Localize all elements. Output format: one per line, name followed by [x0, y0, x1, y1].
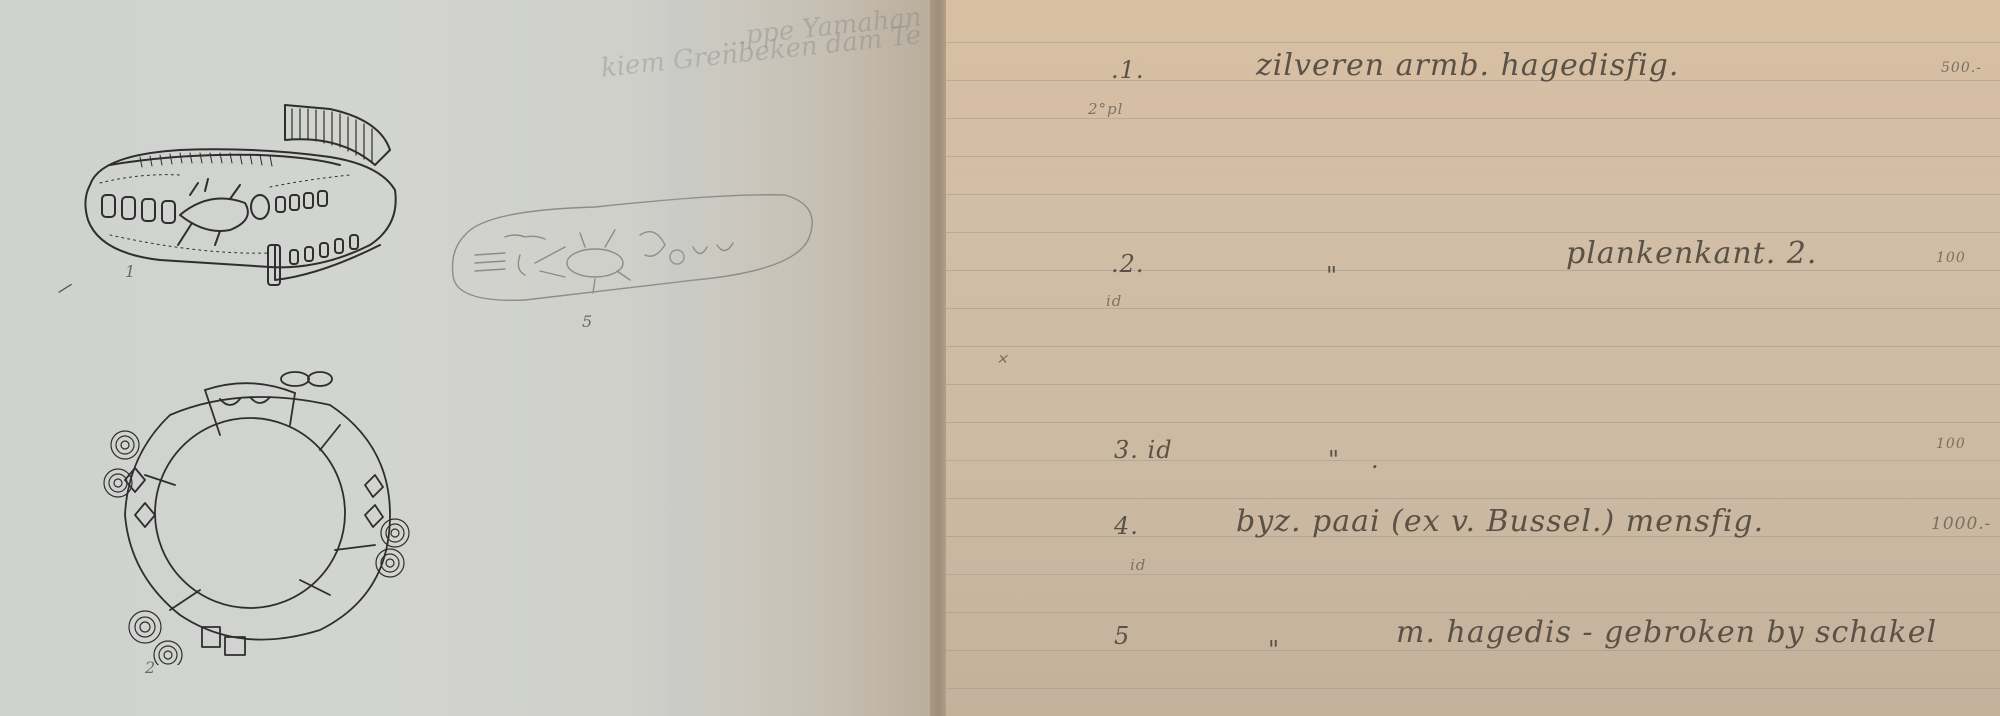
- entry-ditto-mark: ": [1326, 262, 1338, 290]
- ruled-line: [946, 118, 2000, 119]
- ruled-line: [946, 460, 2000, 461]
- entry-price: 1000.-: [1931, 514, 1991, 534]
- entry-price: 500.-: [1941, 60, 1982, 76]
- bracelet-sketch-5: [445, 185, 825, 315]
- ruled-line: [946, 270, 2000, 271]
- ruled-line: [946, 498, 2000, 499]
- ruled-line: [946, 574, 2000, 575]
- entry-number: .1.: [1111, 56, 1145, 84]
- pencil-tick: /: [56, 279, 74, 299]
- ruled-line: [946, 612, 2000, 613]
- ruled-line: [946, 194, 2000, 195]
- entry-margin-note: 2°pl: [1088, 100, 1123, 118]
- ruled-line: [946, 346, 2000, 347]
- stray-pencil-mark: ✕: [996, 352, 1009, 368]
- ruled-line: [946, 42, 2000, 43]
- notebook-spread: ...ppe Yamahan been Hanno kiem Grenbeken…: [0, 0, 2000, 716]
- entry-price: 100: [1936, 250, 1966, 266]
- right-page: ✕ .1. 2°pl zilveren armb. hagedisfig. 50…: [946, 0, 2000, 716]
- ruled-line: [946, 232, 2000, 233]
- sketch-label-2: 2: [145, 658, 155, 677]
- ruled-line: [946, 422, 2000, 423]
- bracelet-sketch-2: [90, 365, 430, 665]
- ruled-line: [946, 308, 2000, 309]
- ruled-line: [946, 688, 2000, 689]
- ruled-line: [946, 650, 2000, 651]
- entry-description: m. hagedis - gebroken by schakel: [1396, 615, 1937, 650]
- entry-number: 4.: [1114, 512, 1139, 540]
- entry-ditto-mark: ": [1328, 446, 1340, 474]
- entry-price: 100: [1936, 436, 1966, 452]
- entry-description: .: [1371, 446, 1380, 474]
- entry-number: 3. id: [1114, 436, 1173, 464]
- entry-margin-note: id: [1106, 292, 1122, 310]
- entry-margin-note: id: [1130, 556, 1146, 574]
- ruled-line: [946, 156, 2000, 157]
- entry-ditto-mark: ": [1268, 636, 1280, 664]
- entry-number: .2.: [1111, 250, 1145, 278]
- left-page: ...ppe Yamahan been Hanno kiem Grenbeken…: [0, 0, 940, 716]
- entry-description: byz. paai (ex v. Bussel.) mensfig.: [1236, 504, 1764, 539]
- entry-description: plankenkant. 2.: [1566, 236, 1817, 271]
- ruled-line: [946, 384, 2000, 385]
- sketch-label-5: 5: [582, 312, 592, 331]
- sketch-label-1: 1: [125, 262, 135, 281]
- entry-description: zilveren armb. hagedisfig.: [1256, 48, 1679, 83]
- entry-number: 5: [1114, 622, 1130, 650]
